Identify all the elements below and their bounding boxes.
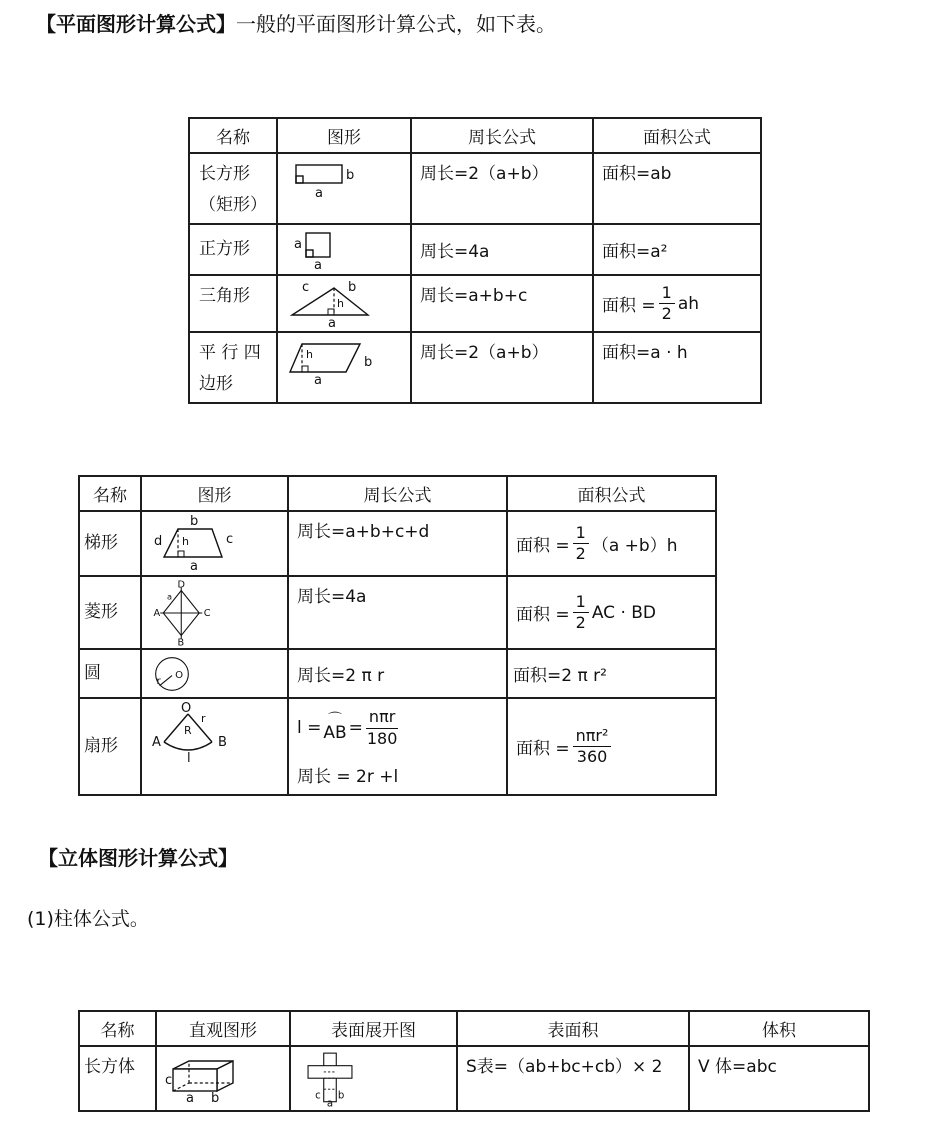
circle-figure: r O xyxy=(150,653,194,695)
para-cylinder-formulas: (1)柱体公式。 xyxy=(27,904,149,931)
rectangle-figure: b a xyxy=(286,157,366,199)
heading-plane-rest: 一般的平面图形计算公式，如下表。 xyxy=(236,12,556,36)
sector-perim-fraction: nπr 180 xyxy=(366,708,398,748)
square-label-a-left: a xyxy=(294,237,302,252)
sector-area-prefix: 面积 = xyxy=(516,734,570,759)
table3-col-name: 名称 xyxy=(79,1011,156,1046)
table-row-trapezoid: 梯形 b c d h a 周长=a+b+c+d 面积 = 1 2 （a +b xyxy=(79,511,716,576)
plane-figures-table-1: 名称 图形 周长公式 面积公式 长方形 （矩形） b a 周长=2（a+b） 面… xyxy=(188,117,762,404)
rhombus-area: 面积 = 1 2 AC · BD xyxy=(507,576,716,649)
table-row-rectangle: 长方形 （矩形） b a 周长=2（a+b） 面积=ab xyxy=(189,153,761,224)
heading-plane-tag: 【平面图形计算公式】 xyxy=(36,12,236,36)
table2-col-figure: 图形 xyxy=(141,476,288,511)
triangle-label-b: b xyxy=(348,280,356,295)
table1-col-name: 名称 xyxy=(189,118,277,153)
trapezoid-label-d: d xyxy=(154,534,162,549)
sector-label-A: A xyxy=(152,735,161,750)
circle-label-O: O xyxy=(175,670,183,681)
sector-area: 面积 = nπr² 360 xyxy=(507,698,716,795)
net-label-a: a xyxy=(327,1098,333,1108)
rhombus-name: 菱形 xyxy=(79,576,141,649)
circle-figure-cell: r O xyxy=(141,649,288,698)
rhombus-label-B: B xyxy=(178,637,185,646)
rhombus-area-suffix: AC · BD xyxy=(592,603,656,623)
cuboid-net-figure: c a b xyxy=(299,1050,361,1108)
table2-col-perimeter: 周长公式 xyxy=(288,476,507,511)
table2-header-row: 名称 图形 周长公式 面积公式 xyxy=(79,476,716,511)
parallelogram-figure: h b a xyxy=(286,336,378,386)
plane-figures-table-2: 名称 图形 周长公式 面积公式 梯形 b c d h a 周长=a+b+c+d … xyxy=(78,475,717,796)
square-perimeter: 周长=4a xyxy=(411,224,593,275)
table2-col-area: 面积公式 xyxy=(507,476,716,511)
table-row-square: 正方形 a a 周长=4a 面积=a² xyxy=(189,224,761,275)
table3-header-row: 名称 直观图形 表面展开图 表面积 体积 xyxy=(79,1011,869,1046)
circle-perimeter: 周长=2 π r xyxy=(288,649,507,698)
triangle-figure-cell: c b h a xyxy=(277,275,411,332)
sector-perimeter: l = ⌒ AB = nπr 180 周长 = 2r +l xyxy=(288,698,507,795)
heading-plane-formulas: 【平面图形计算公式】一般的平面图形计算公式，如下表。 xyxy=(36,12,556,36)
rectangle-figure-cell: b a xyxy=(277,153,411,224)
cuboid-surface-area: S表=（ab+bc+cb）× 2 xyxy=(457,1046,689,1111)
table3-col-net: 表面展开图 xyxy=(290,1011,457,1046)
solid-figures-table: 名称 直观图形 表面展开图 表面积 体积 长方体 c a b xyxy=(78,1010,870,1112)
rectangle-area: 面积=ab xyxy=(593,153,761,224)
cuboid-name: 长方体 xyxy=(79,1046,156,1111)
sector-perim-prefix: l = xyxy=(297,718,321,738)
trapezoid-label-h: h xyxy=(182,535,189,548)
net-figure-cell: c a b xyxy=(290,1046,457,1111)
table2-col-name: 名称 xyxy=(79,476,141,511)
parallelogram-label-a: a xyxy=(314,373,322,386)
sector-name: 扇形 xyxy=(79,698,141,795)
parallelogram-name: 平 行 四 边形 xyxy=(189,332,277,403)
trapezoid-area-prefix: 面积 = xyxy=(516,531,570,556)
cuboid-figure-cell: c a b xyxy=(156,1046,290,1111)
rectangle-label-a: a xyxy=(315,186,323,199)
sector-area-fraction: nπr² 360 xyxy=(573,727,612,767)
square-figure-cell: a a xyxy=(277,224,411,275)
trapezoid-perimeter: 周长=a+b+c+d xyxy=(288,511,507,576)
rhombus-perimeter: 周长=4a xyxy=(288,576,507,649)
square-name: 正方形 xyxy=(189,224,277,275)
table3-col-surface: 表面积 xyxy=(457,1011,689,1046)
square-label-a-bottom: a xyxy=(314,258,322,272)
triangle-perimeter: 周长=a+b+c xyxy=(411,275,593,332)
rectangle-label-b: b xyxy=(346,168,354,183)
table-row-rhombus: 菱形 D B A C a 周长=4a 面积 = 1 2 AC · BD xyxy=(79,576,716,649)
table-row-cuboid: 长方体 c a b c a b xyxy=(79,1046,869,1111)
table1-col-perimeter: 周长公式 xyxy=(411,118,593,153)
cuboid-label-c: c xyxy=(165,1073,172,1088)
cuboid-label-b: b xyxy=(211,1091,219,1103)
table3-col-volume: 体积 xyxy=(689,1011,869,1046)
sector-arc-length-formula: l = ⌒ AB = nπr 180 xyxy=(297,708,500,748)
sector-label-B: B xyxy=(218,735,227,750)
sector-label-r: r xyxy=(201,712,206,725)
net-label-b: b xyxy=(338,1091,344,1102)
parallelogram-label-b: b xyxy=(364,355,372,370)
trapezoid-area-fraction: 1 2 xyxy=(573,524,589,564)
table1-col-figure: 图形 xyxy=(277,118,411,153)
heading-solid-formulas: 【立体图形计算公式】 xyxy=(38,846,238,870)
sector-perim-eq: = xyxy=(349,718,363,738)
trapezoid-label-a: a xyxy=(190,559,198,573)
rhombus-area-prefix: 面积 = xyxy=(516,600,570,625)
trapezoid-area: 面积 = 1 2 （a +b）h xyxy=(507,511,716,576)
square-figure: a a xyxy=(286,228,346,272)
rectangle-perimeter: 周长=2（a+b） xyxy=(411,153,593,224)
sector-label-l: l xyxy=(187,751,191,764)
rhombus-area-fraction: 1 2 xyxy=(573,593,589,633)
arc-base-AB: AB xyxy=(323,725,346,742)
rhombus-label-C: C xyxy=(204,608,211,619)
arc-over-AB: ⌒ AB xyxy=(323,715,346,742)
parallelogram-figure-cell: h b a xyxy=(277,332,411,403)
trapezoid-figure-cell: b c d h a xyxy=(141,511,288,576)
sector-figure: O r A B R l xyxy=(150,702,234,764)
triangle-name: 三角形 xyxy=(189,275,277,332)
triangle-area: 面积 = 1 2 ah xyxy=(593,275,761,332)
cuboid-volume: V 体=abc xyxy=(689,1046,869,1111)
rhombus-figure: D B A C a xyxy=(150,580,214,646)
sector-perimeter-line2: 周长 = 2r +l xyxy=(297,762,500,787)
table1-col-area: 面积公式 xyxy=(593,118,761,153)
sector-label-O: O xyxy=(181,702,191,716)
triangle-label-c: c xyxy=(302,280,309,295)
trapezoid-label-c: c xyxy=(226,532,233,547)
parallelogram-label-h: h xyxy=(306,348,313,361)
sector-figure-cell: O r A B R l xyxy=(141,698,288,795)
net-label-c: c xyxy=(315,1091,321,1102)
rhombus-label-A: A xyxy=(154,608,161,619)
table-row-circle: 圆 r O 周长=2 π r 面积=2 π r² xyxy=(79,649,716,698)
trapezoid-name: 梯形 xyxy=(79,511,141,576)
triangle-label-h: h xyxy=(337,297,344,310)
trapezoid-figure: b c d h a xyxy=(150,515,242,573)
trapezoid-area-suffix: （a +b）h xyxy=(592,531,678,556)
cuboid-figure: c a b xyxy=(165,1055,249,1103)
table-row-sector: 扇形 O r A B R l l = ⌒ AB = xyxy=(79,698,716,795)
table1-header-row: 名称 图形 周长公式 面积公式 xyxy=(189,118,761,153)
rhombus-figure-cell: D B A C a xyxy=(141,576,288,649)
table3-col-view: 直观图形 xyxy=(156,1011,290,1046)
square-area: 面积=a² xyxy=(593,224,761,275)
heading-solid-tag: 【立体图形计算公式】 xyxy=(38,846,238,870)
parallelogram-area: 面积=a · h xyxy=(593,332,761,403)
rectangle-name: 长方形 （矩形） xyxy=(189,153,277,224)
rhombus-label-a: a xyxy=(167,592,172,602)
parallelogram-perimeter: 周长=2（a+b） xyxy=(411,332,593,403)
triangle-label-a: a xyxy=(328,316,336,329)
circle-area: 面积=2 π r² xyxy=(507,649,716,698)
triangle-area-prefix: 面积 = xyxy=(602,291,656,316)
circle-name: 圆 xyxy=(79,649,141,698)
triangle-figure: c b h a xyxy=(286,279,378,329)
triangle-area-suffix: ah xyxy=(678,294,699,314)
sector-label-R: R xyxy=(184,724,192,737)
triangle-area-fraction: 1 2 xyxy=(659,284,675,324)
table-row-parallelogram: 平 行 四 边形 h b a 周长=2（a+b） 面积=a · h xyxy=(189,332,761,403)
table-row-triangle: 三角形 c b h a 周长=a+b+c 面积 = 1 2 ah xyxy=(189,275,761,332)
rhombus-label-D: D xyxy=(178,580,186,591)
cuboid-label-a: a xyxy=(186,1091,194,1103)
trapezoid-label-b: b xyxy=(190,515,198,529)
